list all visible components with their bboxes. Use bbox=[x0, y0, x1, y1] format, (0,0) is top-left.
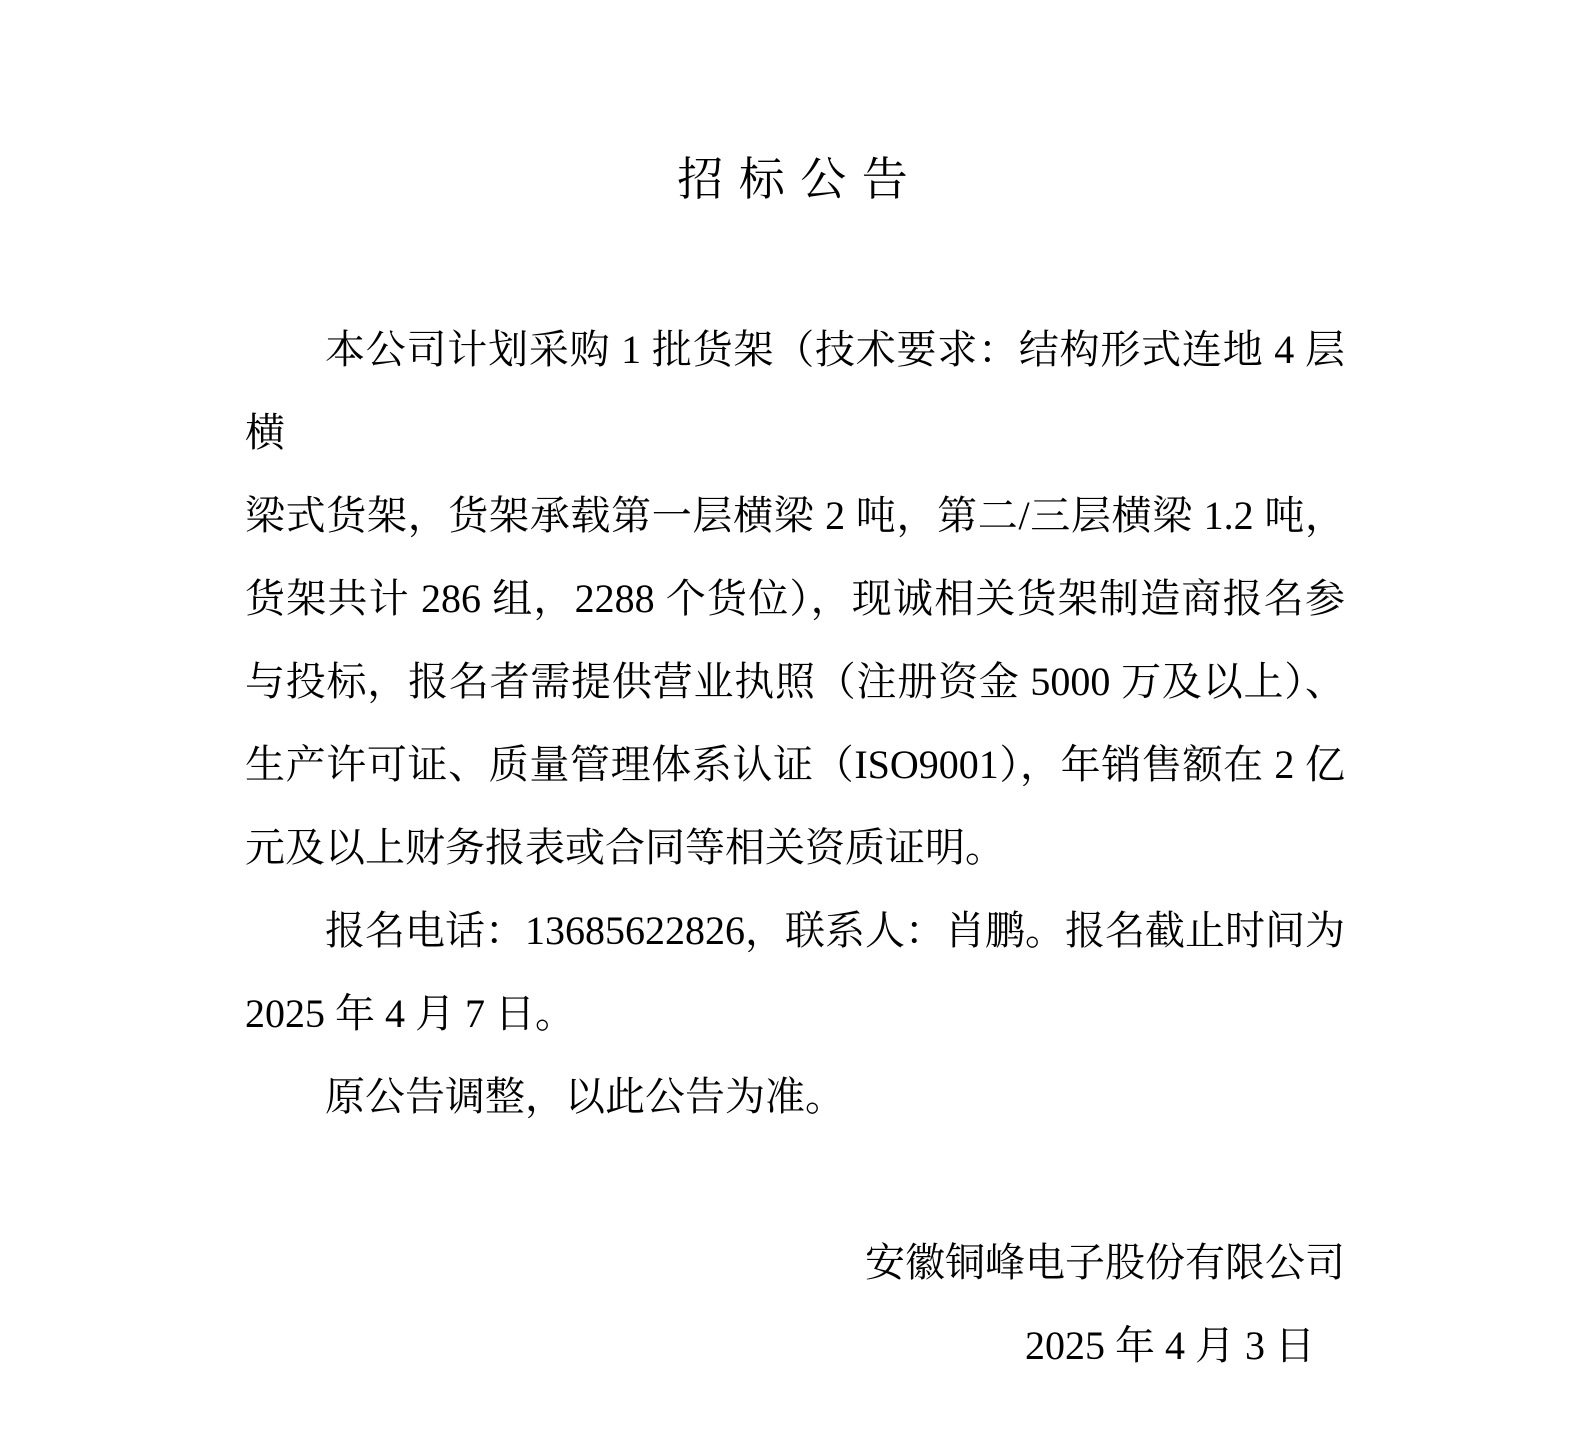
paragraph1-line: 梁式货架，货架承载第一层横梁 2 吨，第二/三层横梁 1.2 吨， bbox=[245, 474, 1345, 557]
paragraph1-line: 本公司计划采购 1 批货架（技术要求：结构形式连地 4 层横 bbox=[245, 308, 1345, 474]
paragraph1-line: 元及以上财务报表或合同等相关资质证明。 bbox=[245, 806, 1345, 889]
paragraph2-line: 2025 年 4 月 7 日。 bbox=[245, 972, 1345, 1055]
paragraph1-line: 货架共计 286 组，2288 个货位），现诚相关货架制造商报名参 bbox=[245, 557, 1345, 640]
document-page: 招 标 公 告 本公司计划采购 1 批货架（技术要求：结构形式连地 4 层横 梁… bbox=[0, 0, 1587, 1440]
document-body: 本公司计划采购 1 批货架（技术要求：结构形式连地 4 层横 梁式货架，货架承载… bbox=[245, 308, 1345, 1387]
paragraph3-line: 原公告调整，以此公告为准。 bbox=[245, 1055, 1345, 1138]
signature-date: 2025 年 4 月 3 日 bbox=[245, 1304, 1345, 1387]
paragraph2-line: 报名电话：13685622826，联系人：肖鹏。报名截止时间为 bbox=[245, 889, 1345, 972]
document-title: 招 标 公 告 bbox=[0, 152, 1587, 208]
signature-company: 安徽铜峰电子股份有限公司 bbox=[245, 1221, 1345, 1304]
paragraph1-line: 生产许可证、质量管理体系认证（ISO9001），年销售额在 2 亿 bbox=[245, 723, 1345, 806]
blank-line bbox=[245, 1138, 1345, 1221]
paragraph1-line: 与投标，报名者需提供营业执照（注册资金 5000 万及以上）、 bbox=[245, 640, 1345, 723]
